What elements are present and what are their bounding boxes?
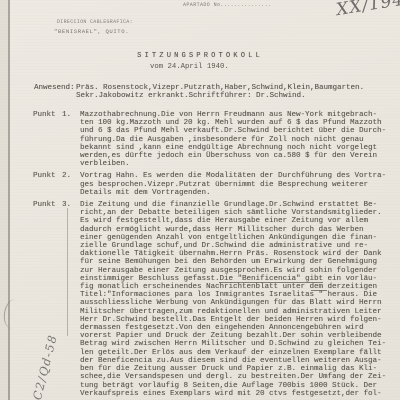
typewritten-line: ausschliessliche Werbung von Ankündigung… xyxy=(80,299,386,307)
attendees-line: Präs. Rosenstock,Vizepr.Putzrath,Haber,S… xyxy=(76,84,364,92)
cable-address-line2: "BENISRAEL", QUITO. xyxy=(54,28,133,35)
pencil-underline xyxy=(311,290,327,291)
scan-edge-strip xyxy=(0,0,8,400)
apartado-field: APARTADO No............... xyxy=(183,2,271,8)
item-body: Vortrag Hahn. Es werden die Modalitäten … xyxy=(80,172,386,197)
cable-address-line1: DIRECCION CABLEGRAFICA: xyxy=(57,19,133,25)
typewritten-line: bekannt sind ,kann eine endgültige Abrec… xyxy=(80,144,386,152)
protocol-items: Punkt1.Mazzothabrechnung.Die von Herrn F… xyxy=(33,111,400,400)
item-label: Punkt xyxy=(33,172,62,197)
typewritten-line: Herr Dr.Schwind bestellt.Das Entgelt der… xyxy=(80,316,386,324)
typewritten-line: führung.Da die Ausgaben ,insbesondere fü… xyxy=(80,136,386,144)
typewritten-line: und 6 $ das Pfund Mehl verkauft.Dr.Schwi… xyxy=(80,127,386,135)
item-number: 1. xyxy=(62,111,80,168)
typewritten-line: Es wird festgestellt,dass die Herausgabe… xyxy=(80,217,386,225)
typewritten-line: Die Zeitung und die finanzielle Grundlag… xyxy=(80,201,386,209)
typewritten-line: zur Herausgabe einer Zeitung ausgesproch… xyxy=(80,267,386,275)
typewritten-line: Mazzothabrechnung.Die von Herrn Freudman… xyxy=(80,111,386,119)
attendees-lines: Präs. Rosenstock,Vizepr.Putzrath,Haber,S… xyxy=(76,84,364,100)
item-body: Die Zeitung und die finanzielle Grundlag… xyxy=(80,201,386,398)
item-number: 2. xyxy=(62,172,80,197)
protocol-item: Punkt2.Vortrag Hahn. Es werden die Modal… xyxy=(33,172,400,197)
attendees-block: Anwesend: Präs. Rosenstock,Vizepr.Putzra… xyxy=(34,84,364,100)
pencil-underline xyxy=(219,282,323,283)
item-number: 3. xyxy=(62,201,80,398)
scanned-document-page: APARTADO No............... DIRECCION CAB… xyxy=(0,0,400,400)
typewritten-line: verbleiben. xyxy=(80,160,386,168)
document-date: vom 24.April 1940. xyxy=(150,63,229,71)
cable-address: DIRECCION CABLEGRAFICA: "BENISRAEL", QUI… xyxy=(57,19,133,35)
typewritten-line: der Beneficencia zu.Aus diesem sind die … xyxy=(80,357,386,365)
typewritten-line: Militscher übertragen,zum redaktionellen… xyxy=(80,308,386,316)
paper-edge-line xyxy=(8,0,10,400)
attendees-line: Sekr.Jakobowitz erkrankt.Schriftführer: … xyxy=(76,92,364,100)
pencil-margin-line xyxy=(67,208,68,336)
attendees-label: Anwesend: xyxy=(34,84,76,100)
typewritten-line: Betrag wird zwischen Herrn Militscher un… xyxy=(80,340,386,348)
typewritten-line: einer genügenden Anzahl von entgeltliche… xyxy=(80,234,386,242)
typewritten-line: Verkaufspreis eines Exemplars wird mit 2… xyxy=(80,390,386,398)
item-label: Punkt xyxy=(33,111,62,168)
typewritten-line: dadurch ermöglicht wurde,dass Herr Milli… xyxy=(80,226,386,234)
typewritten-line: ges besprochen.Vizepr.Putzrat übernimmt … xyxy=(80,181,386,189)
typewritten-line: Vortrag Hahn. Es werden die Modalitäten … xyxy=(80,172,386,180)
typewritten-line: len geteilt.Der Erlös aus dem Verkauf de… xyxy=(80,349,386,357)
protocol-item: Punkt3.Die Zeitung und die finanzielle G… xyxy=(33,201,400,398)
handwritten-file-number: XX/1940 xyxy=(335,0,400,20)
typewritten-line: schee,die Versandspesen und dergl. zu be… xyxy=(80,373,386,381)
item-body: Mazzothabrechnung.Die von Herrn Freudman… xyxy=(80,111,386,168)
typewritten-line: für seine Bemühungen bei den Behörden um… xyxy=(80,258,386,266)
typewritten-line: tung beträgt vorläufig 8 Seiten,die Aufl… xyxy=(80,382,386,390)
typewritten-line: Details mit dem Vortragenden. xyxy=(80,189,386,197)
document-title: SITZUNGSPROTOKOLL xyxy=(110,52,290,60)
protocol-item: Punkt1.Mazzothabrechnung.Die von Herrn F… xyxy=(33,111,400,168)
typewritten-line: werden,es dürfte jedoch ein Überschuss v… xyxy=(80,152,386,160)
